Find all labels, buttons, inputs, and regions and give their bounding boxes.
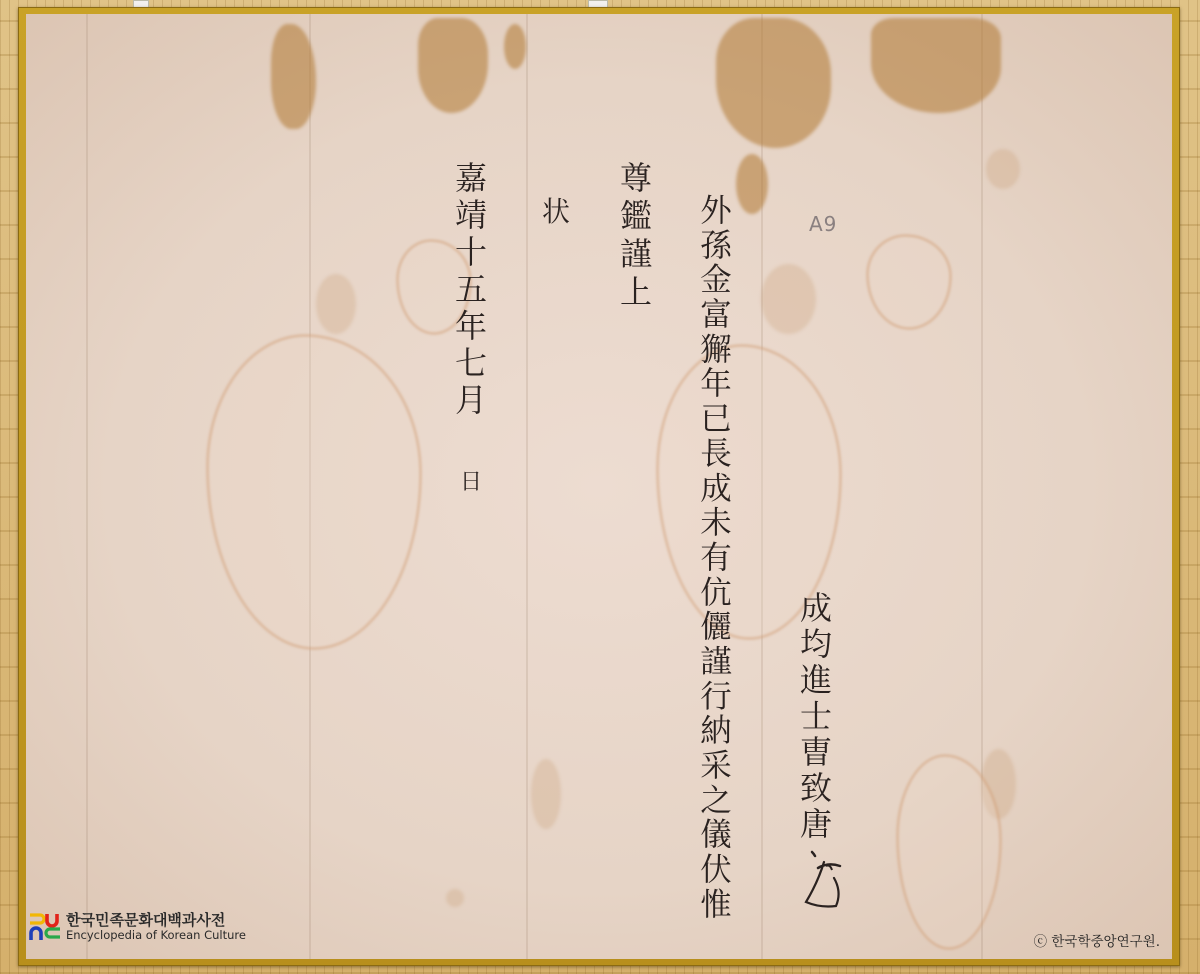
water-stain [716, 18, 831, 148]
glyph: 年 [700, 369, 732, 401]
water-stain [871, 18, 1001, 113]
glyph: 金 [700, 265, 732, 297]
copyright-notice: ⓒ 한국학중앙연구원. [1034, 930, 1160, 950]
encyclopedia-title-ko: 한국민족문화대백과사전 [66, 912, 246, 929]
water-stain [531, 759, 561, 829]
glyph: 致 [800, 772, 832, 804]
glyph: 五 [455, 273, 487, 305]
glyph: 有 [700, 543, 732, 575]
text-column-main: 外孫金富獬年已長成未有伉儷謹行納采之儀伏惟 [696, 196, 736, 921]
glyph: 年 [455, 310, 487, 342]
water-stain [504, 24, 526, 69]
gold-frame: A9 外孫金富獬年已長成未有伉儷謹行納采之儀伏惟 尊鑑謹上 状 嘉靖十五年七月 … [18, 7, 1180, 966]
text-column-doc-type: 状 [538, 198, 574, 226]
glyph: 士 [800, 700, 832, 732]
encyclopedia-title-en: Encyclopedia of Korean Culture [66, 929, 246, 942]
glyph: 謹 [620, 238, 652, 270]
text-column-sender: 成均進士曺致唐 [796, 592, 836, 840]
glyph: 上 [620, 276, 652, 308]
text-date-day: 日 [451, 472, 491, 494]
water-stain [418, 18, 488, 113]
glyph: 未 [700, 508, 732, 540]
ring-stain [206, 334, 422, 650]
glyph: 納 [700, 716, 732, 748]
glyph: 之 [700, 786, 732, 818]
glyph: 外 [700, 196, 732, 228]
glyph: 唐 [800, 808, 832, 840]
water-stain [761, 264, 816, 334]
glyph: 鑑 [620, 200, 652, 232]
glyph: 成 [700, 474, 732, 506]
glyph: 尊 [620, 162, 652, 194]
glyph: 七 [455, 347, 487, 379]
glyph: 惟 [700, 890, 732, 922]
ring-stain [866, 234, 952, 330]
glyph: 曺 [800, 736, 832, 768]
encyclopedia-logo-icon [28, 912, 62, 942]
water-stain [316, 274, 356, 334]
water-stain [736, 154, 768, 214]
glyph: 行 [700, 682, 732, 714]
glyph: 十 [455, 236, 487, 268]
glyph: 采 [700, 751, 732, 783]
glyph: 均 [800, 628, 832, 660]
glyph: 獬 [700, 335, 732, 367]
glyph: 伏 [700, 855, 732, 887]
glyph: 伉 [700, 578, 732, 610]
glyph: 儷 [700, 612, 732, 644]
glyph: 状 [542, 198, 570, 226]
ring-stain [896, 754, 1002, 950]
text-column-date: 嘉靖十五年七月 [451, 162, 491, 416]
encyclopedia-watermark: 한국민족문화대백과사전 Encyclopedia of Korean Cultu… [28, 912, 246, 942]
document-paper: A9 外孫金富獬年已長成未有伉儷謹行納采之儀伏惟 尊鑑謹上 状 嘉靖十五年七月 … [26, 14, 1172, 959]
text-column-closing: 尊鑑謹上 [616, 162, 656, 308]
signature-flourish-icon [798, 846, 848, 912]
glyph: 進 [800, 664, 832, 696]
water-stain [986, 149, 1020, 189]
glyph: 月 [455, 384, 487, 416]
glyph: 富 [700, 300, 732, 332]
water-stain [446, 889, 464, 907]
pencil-catalog-note: A9 [809, 212, 837, 236]
fold-line [86, 14, 88, 959]
glyph: 謹 [700, 647, 732, 679]
glyph: 已 [700, 404, 732, 436]
glyph: 靖 [455, 199, 487, 231]
fold-line [526, 14, 528, 959]
glyph: 嘉 [455, 162, 487, 194]
glyph: 長 [700, 439, 732, 471]
glyph: 孫 [700, 231, 732, 263]
glyph: 儀 [700, 820, 732, 852]
glyph: 成 [800, 592, 832, 624]
